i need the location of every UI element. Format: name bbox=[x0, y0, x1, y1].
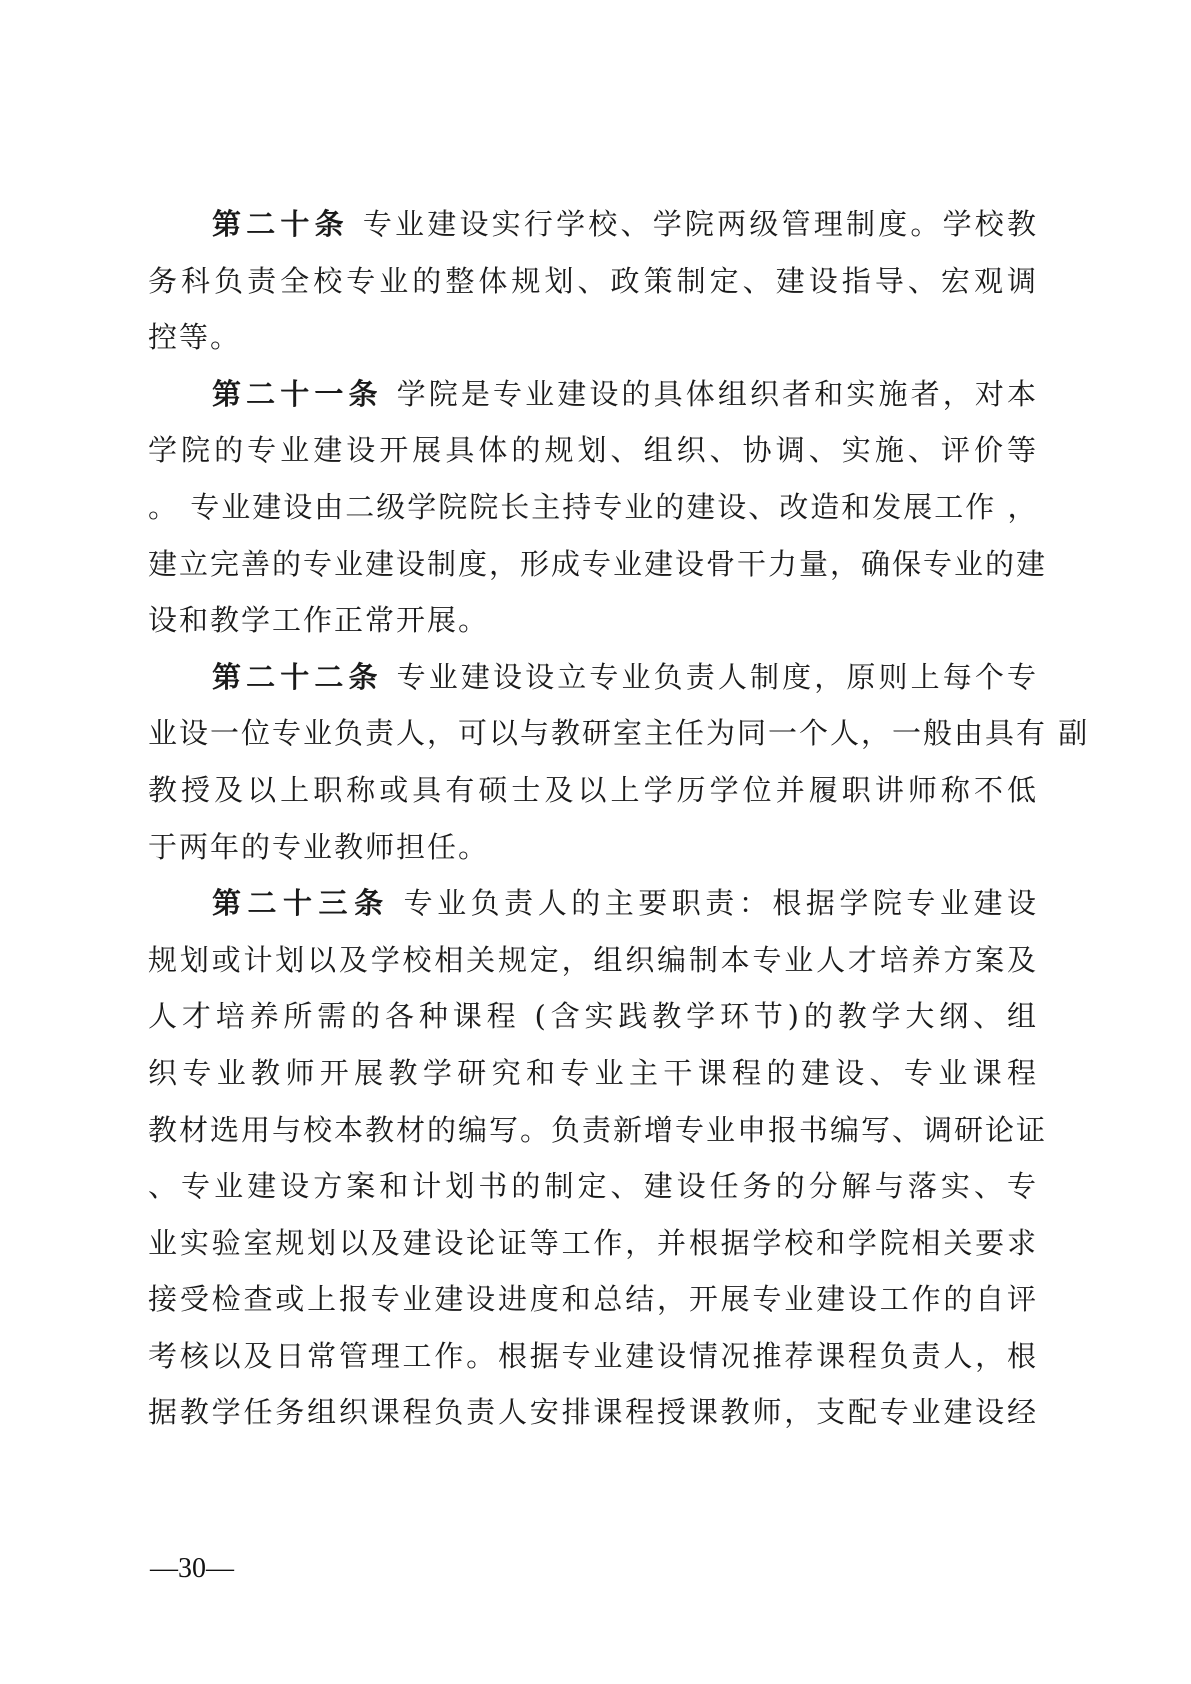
article-23-line-6: 、专业建设方案和计划书的制定、建设任务的分解与落实、专 bbox=[148, 1158, 1038, 1215]
article-21-line-5: 设和教学工作正常开展。 bbox=[148, 592, 1048, 649]
article-23-text: 专业负责人的主要职责：根据学院专业建设 bbox=[404, 886, 1038, 920]
article-22-line-4: 于两年的专业教师担任。 bbox=[148, 819, 1048, 876]
article-22-number: 第二十二条 bbox=[212, 660, 383, 694]
article-20-text: 专业建设实行学校、学院两级管理制度。学校教 bbox=[363, 207, 1038, 241]
article-23-number: 第二十三条 bbox=[212, 886, 390, 920]
article-21-line-4: 建立完善的专业建设制度，形成专业建设骨干力量，确保专业的建 bbox=[148, 536, 1038, 593]
article-22-line-2: 业设一位专业负责人，可以与教研室主任为同一个人，一般由具有 副 bbox=[148, 705, 1038, 762]
article-21-line-2: 学院的专业建设开展具体的规划、组织、协调、实施、评价等 bbox=[148, 422, 1038, 479]
article-23-line-8: 接受检查或上报专业建设进度和总结，开展专业建设工作的自评 bbox=[148, 1271, 1038, 1328]
article-20-line-1: 第二十条专业建设实行学校、学院两级管理制度。学校教 bbox=[148, 196, 1038, 253]
article-23-line-4: 织专业教师开展教学研究和专业主干课程的建设、专业课程 bbox=[148, 1045, 1038, 1102]
article-23-line-2: 规划或计划以及学校相关规定，组织编制本专业人才培养方案及 bbox=[148, 932, 1038, 989]
document-body: 第二十条专业建设实行学校、学院两级管理制度。学校教 务科负责全校专业的整体规划、… bbox=[148, 196, 1048, 1441]
article-21-text: 学院是专业建设的具体组织者和实施者，对本 bbox=[397, 377, 1038, 411]
article-20-line-2: 务科负责全校专业的整体规划、政策制定、建设指导、宏观调 bbox=[148, 253, 1038, 310]
article-22-line-1: 第二十二条专业建设设立专业负责人制度，原则上每个专 bbox=[148, 649, 1038, 706]
article-23-line-7: 业实验室规划以及建设论证等工作，并根据学校和学院相关要求 bbox=[148, 1215, 1038, 1272]
article-20-number: 第二十条 bbox=[212, 207, 349, 241]
article-20-line-3: 控等。 bbox=[148, 309, 1048, 366]
article-21-line-1: 第二十一条学院是专业建设的具体组织者和实施者，对本 bbox=[148, 366, 1038, 423]
article-22-line-3: 教授及以上职称或具有硕士及以上学历学位并履职讲师称不低 bbox=[148, 762, 1038, 819]
page-number: —30— bbox=[150, 1553, 234, 1585]
document-page: 第二十条专业建设实行学校、学院两级管理制度。学校教 务科负责全校专业的整体规划、… bbox=[0, 0, 1191, 1684]
article-23-line-5: 教材选用与校本教材的编写。负责新增专业申报书编写、调研论证 bbox=[148, 1102, 1038, 1159]
article-23-line-3: 人才培养所需的各种课程 (含实践教学环节)的教学大纲、组 bbox=[148, 988, 1038, 1045]
article-21-line-3: 。 专业建设由二级学院院长主持专业的建设、改造和发展工作 ， bbox=[148, 479, 1038, 536]
article-23-line-9: 考核以及日常管理工作。根据专业建设情况推荐课程负责人，根 bbox=[148, 1328, 1038, 1385]
article-23-line-1: 第二十三条专业负责人的主要职责：根据学院专业建设 bbox=[148, 875, 1038, 932]
article-23-line-10: 据教学任务组织课程负责人安排课程授课教师，支配专业建设经 bbox=[148, 1384, 1038, 1441]
article-22-text: 专业建设设立专业负责人制度，原则上每个专 bbox=[397, 660, 1038, 694]
article-21-number: 第二十一条 bbox=[212, 377, 383, 411]
